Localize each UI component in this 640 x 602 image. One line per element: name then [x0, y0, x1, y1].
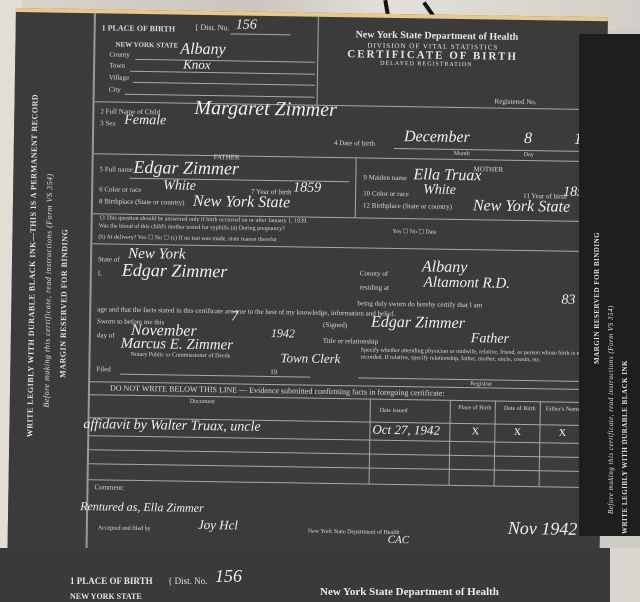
town-label: Town — [109, 61, 125, 69]
true-statement: age and that the facts stated in this ce… — [97, 305, 395, 318]
birth-certificate: WRITE LEGIBLY WITH DURABLE BLACK INK—THI… — [7, 8, 607, 561]
accepted-label: Accepted and filed by — [98, 525, 151, 532]
filed-date: Nov 1942 — [508, 518, 578, 540]
sworn-text: being duly sworn do hereby certify that … — [357, 299, 482, 309]
affidavit-county-label: County of — [360, 269, 388, 277]
affiant-name: Edgar Zimmer — [122, 260, 228, 283]
father-year-value: 1859 — [293, 180, 321, 196]
comment-value: Rentured as, Ella Zimmer — [80, 499, 204, 516]
evidence-row-father-check: X — [544, 427, 580, 439]
background-paper — [610, 548, 640, 602]
relationship-value: Father — [471, 331, 509, 348]
notary-title: Town Clerk — [280, 350, 340, 367]
mother-birthplace-label: 12 Birthplace (State or country) — [363, 201, 452, 210]
second-dist-label: { Dist. No. — [168, 576, 207, 586]
child-name-value: Margaret Zimmer — [194, 97, 337, 122]
evidence-row-place-check: X — [457, 426, 493, 438]
sworn-day: 7 — [231, 309, 238, 325]
dept-label: New York State Department of Health — [308, 529, 400, 536]
initials: CAC — [388, 534, 410, 546]
father-color-label: 6 Color or race — [99, 185, 141, 194]
col-document: Document — [190, 399, 215, 405]
instructions-note: Before making this certificate, read ins… — [42, 173, 55, 407]
father-color-value: White — [163, 178, 196, 195]
binding-margin-right: MARGIN RESERVED FOR BINDING Before makin… — [579, 34, 640, 536]
evidence-row-document: affidavit by Walter Truax, uncle — [83, 417, 260, 436]
comment-label: Comment: — [94, 483, 124, 491]
certificate-body: 1 PLACE OF BIRTH [ Dist. No. 156 NEW YOR… — [87, 13, 607, 561]
sworn-year: 1942 — [271, 326, 295, 341]
filed-19: 19 — [270, 368, 277, 376]
father-birthplace-value: New York State — [193, 193, 290, 213]
instructions-note-right: Before making this certificate, read ins… — [607, 305, 615, 514]
second-agency: New York State Department of Health — [320, 586, 499, 598]
second-certificate: 1 PLACE OF BIRTH { Dist. No. 156 NEW YOR… — [0, 548, 640, 602]
ink-notice: WRITE LEGIBLY WITH DURABLE BLACK INK—THI… — [25, 94, 39, 437]
syphilis-q3: (b) At delivery? Yes ☐ No ☐ (c) If no te… — [98, 233, 277, 243]
evidence-row-dob-check: X — [499, 427, 535, 439]
affidavit-state-label: State of — [98, 255, 120, 263]
affidavit-i-label: I, — [98, 269, 102, 277]
town-value: Knox — [183, 57, 211, 73]
binding-note-right: MARGIN RESERVED FOR BINDING — [593, 232, 601, 364]
mother-birthplace-value: New York State — [473, 197, 570, 217]
county-label: County — [109, 50, 130, 58]
mother-color-label: 10 Color or race — [363, 189, 409, 198]
col-place-of-birth: Place of Birth — [455, 405, 495, 412]
sex-label: 3 Sex — [100, 119, 116, 127]
dist-no-value: 156 — [236, 17, 257, 33]
affiant-signature: Edgar Zimmer — [371, 314, 465, 333]
second-place-label: 1 PLACE OF BIRTH — [70, 576, 153, 586]
specify-note: Specify whether attending physician or m… — [360, 347, 600, 365]
title-relationship-label: Title or relationship — [323, 337, 378, 346]
mother-name-label: 9 Maiden name — [363, 173, 407, 182]
syphilis-yes-no: Yes ☐ No ☐ Date — [392, 228, 436, 236]
col-date-issued: Date issued — [380, 408, 408, 414]
month-label: Month — [454, 151, 470, 157]
city-label: City — [109, 85, 121, 93]
sex-value: Female — [124, 113, 166, 130]
dist-no-label: [ Dist. No. — [196, 23, 230, 33]
father-name-value: Edgar Zimmer — [133, 157, 239, 180]
delayed-registration: DELAYED REGISTRATION — [380, 61, 472, 68]
day-label: Day — [524, 152, 534, 158]
syphilis-q2: Was the blood of this child's mother tes… — [99, 223, 285, 232]
father-birthplace-label: 8 Birthplace (State or country) — [99, 197, 185, 206]
evidence-row-date: Oct 27, 1942 — [372, 422, 440, 439]
filed-label: Filed — [96, 365, 111, 373]
day-of-label: day of — [97, 331, 115, 339]
signed-label: (Signed) — [323, 321, 347, 329]
state-label: NEW YORK STATE — [115, 41, 178, 50]
col-date-of-birth: Date of Birth — [500, 406, 540, 413]
residing-label: residing at — [360, 283, 389, 291]
binding-note: MARGIN RESERVED FOR BINDING — [58, 229, 69, 378]
affiant-age: 83 — [561, 293, 575, 309]
dob-label: 4 Date of birth — [334, 139, 375, 148]
village-label: Village — [109, 73, 129, 81]
notary-label: Notary Public or Commissioner of Deeds — [131, 352, 231, 360]
col-fathers-name: Father's Name — [543, 406, 583, 413]
dob-day: 8 — [524, 130, 532, 148]
binding-margin-left: WRITE LEGIBLY WITH DURABLE BLACK INK—THI… — [7, 12, 95, 553]
second-state: NEW YORK STATE — [70, 592, 142, 601]
second-dist-no: 156 — [215, 566, 242, 587]
residence-value: Altamont R.D. — [424, 274, 511, 292]
dob-month: December — [404, 128, 470, 147]
place-of-birth-label: 1 PLACE OF BIRTH — [102, 23, 176, 33]
mother-color-value: White — [423, 182, 456, 199]
father-name-label: 5 Full name — [99, 165, 133, 174]
ink-notice-right: WRITE LEGIBLY WITH DURABLE BLACK INK — [621, 360, 629, 534]
accepted-by: Joy Hcl — [198, 517, 238, 534]
registered-no-label: Registered No. — [495, 98, 537, 107]
